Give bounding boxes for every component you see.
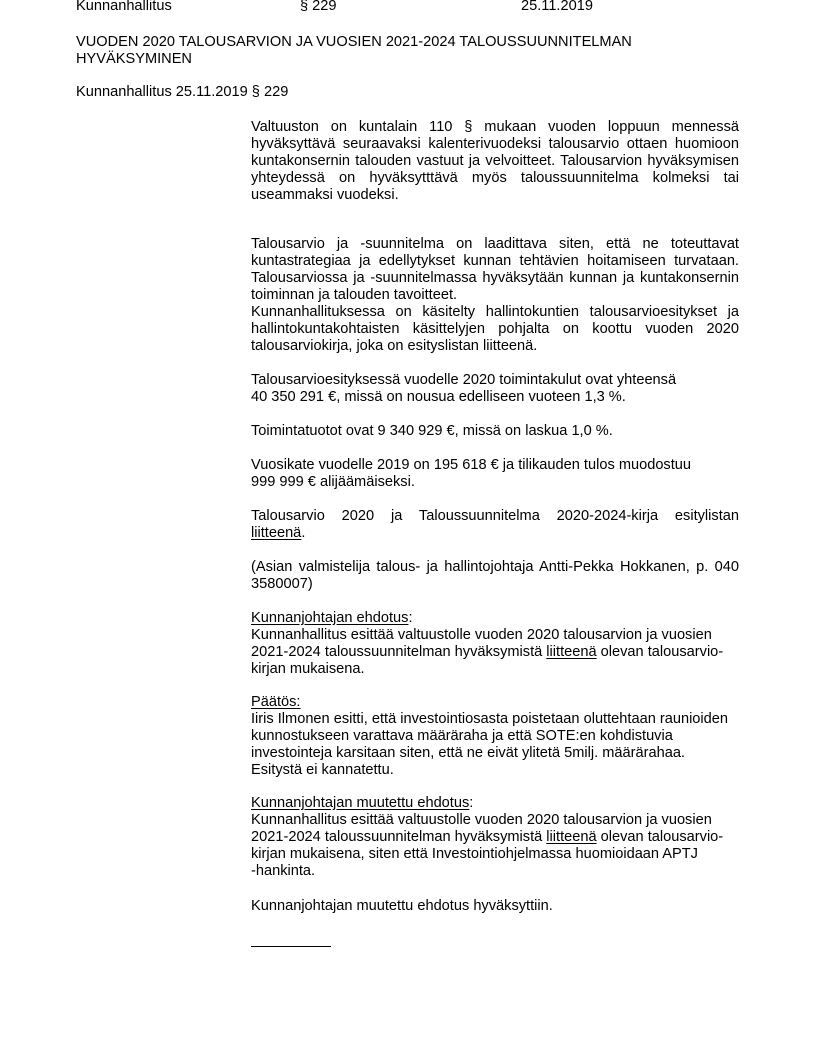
margin-line-2: 999 999 € alijäämäiseksi. [251, 474, 739, 491]
meeting-reference: Kunnanhallitus 25.11.2019 § 229 [76, 84, 288, 101]
proposal-line-3: kirjan mukaisena. [251, 661, 739, 678]
proposal-line-2-end: olevan talousarvio- [597, 644, 724, 660]
header-organ: Kunnanhallitus [76, 0, 172, 15]
decision-outcome: Kunnanjohtajan muutettu ehdotus hyväksyt… [251, 898, 739, 915]
header-section: § 229 [300, 0, 337, 15]
expenses-line-2: 40 350 291 €, missä on nousua edelliseen… [251, 389, 739, 406]
header-date: 25.11.2019 [521, 0, 593, 15]
paragraph-legal-basis: Valtuuston on kuntalain 110 § mukaan vuo… [251, 119, 739, 204]
modified-proposal-line-1: Kunnanhallitus esittää valtuustolle vuod… [251, 812, 739, 829]
paragraph-attachment: Talousarvio 2020 ja Taloussuunnitelma 20… [251, 508, 739, 542]
paragraph-annual-margin: Vuosikate vuodelle 2019 on 195 618 € ja … [251, 457, 739, 491]
decision-line-2: kunnostukseen varattava määräraha ja ett… [251, 728, 739, 745]
modified-proposal-line-3: kirjan mukaisena, siten että Investointi… [251, 846, 739, 863]
attachment-line-1: Talousarvio 2020 ja Taloussuunnitelma 20… [251, 508, 739, 525]
modified-proposal-heading: Kunnanjohtajan muutettu ehdotus [251, 795, 469, 811]
proposal-heading: Kunnanjohtajan ehdotus [251, 610, 408, 626]
expenses-line-1: Talousarvioesityksessä vuodelle 2020 toi… [251, 372, 739, 389]
section-modified-proposal: Kunnanjohtajan muutettu ehdotus: Kunnanh… [251, 795, 739, 880]
document-title: VUODEN 2020 TALOUSARVION JA VUOSIEN 2021… [76, 34, 716, 68]
decision-line-4: Esitystä ei kannatettu. [251, 762, 739, 779]
modified-proposal-heading-colon: : [469, 795, 473, 811]
margin-line-1: Vuosikate vuodelle 2019 on 195 618 € ja … [251, 457, 739, 474]
section-decision: Päätös: Iiris Ilmonen esitti, että inves… [251, 694, 739, 779]
paragraph-revenues: Toimintatuotot ovat 9 340 929 €, missä o… [251, 423, 739, 440]
paragraph-preparation: Kunnanhallituksessa on käsitelty hallint… [251, 304, 739, 355]
document-header: Kunnanhallitus § 229 25.11.2019 [76, 0, 776, 18]
attachment-period: . [301, 525, 305, 541]
proposal-line-2-start: 2021-2024 taloussuunnitelman hyväksymist… [251, 644, 546, 660]
paragraph-preparer: (Asian valmistelija talous- ja hallintoj… [251, 559, 739, 593]
decision-line-1: Iiris Ilmonen esitti, että investointios… [251, 711, 739, 728]
modified-proposal-line-4: -hankinta. [251, 863, 739, 880]
closing-separator-line [251, 946, 331, 947]
section-proposal: Kunnanjohtajan ehdotus: Kunnanhallitus e… [251, 610, 739, 678]
decision-line-3: investointeja karsitaan siten, että ne e… [251, 745, 739, 762]
attachment-link[interactable]: liitteenä [251, 525, 301, 541]
paragraph-expenses: Talousarvioesityksessä vuodelle 2020 toi… [251, 372, 739, 406]
proposal-heading-colon: : [408, 610, 412, 626]
modified-proposal-line-2-end: olevan talousarvio- [597, 829, 724, 845]
proposal-line-1: Kunnanhallitus esittää valtuustolle vuod… [251, 627, 739, 644]
decision-heading: Päätös: [251, 694, 301, 710]
paragraph-requirements: Talousarvio ja -suunnitelma on laadittav… [251, 236, 739, 304]
modified-proposal-attachment-link[interactable]: liitteenä [546, 829, 596, 845]
proposal-attachment-link[interactable]: liitteenä [546, 644, 596, 660]
modified-proposal-line-2-start: 2021-2024 taloussuunnitelman hyväksymist… [251, 829, 546, 845]
